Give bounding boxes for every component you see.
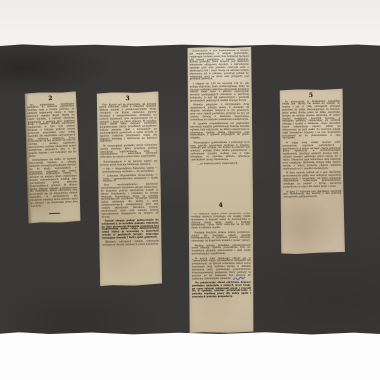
- clipping-3-body: Gen. Kurski rad na stanowisku, jak donos…: [99, 103, 159, 248]
- clipping-4-upper-closing-quote: „…po żniwach pracy rozpoczętych”.: [191, 163, 250, 166]
- clipping-2-paragraph-2: Dowiadujemy się nadto, że komitet obywat…: [29, 158, 78, 208]
- clipping-3-paragraph-4: Przy wyszczególnieniu należności przedst…: [101, 184, 159, 219]
- clipping-4-upper-paragraph-2: I ciągnie na 1.00 ha wynoszą 134 zł., ja…: [190, 83, 249, 104]
- newspaper-clipping-4: Jednocześnie w tym województwie, o który…: [187, 47, 255, 334]
- clipping-5-paragraph-3: W dniu imienin zebrali się u gen. Barski…: [283, 172, 341, 190]
- clipping-3-paragraph-6: Bliższych informacji udziela sekretariat…: [102, 241, 159, 248]
- clipping-4-lower-paragraph-1: W ostatnich latach przed wybuchem wojny …: [191, 213, 250, 231]
- newspaper-clipping-3: 3 Gen. Kurski rad na stanowisku, jak don…: [96, 91, 163, 286]
- clipping-4-lower-paragraph-5-underlined: Na zakończenie obrad odczytano depesze p…: [192, 282, 251, 300]
- clipping-2-paragraph-1: Na zakończenie wiadomości podanych w num…: [27, 103, 76, 159]
- clipping-4-upper-paragraph-1: Jednocześnie w tym województwie, o który…: [190, 50, 249, 82]
- clipping-3-paragraph-5-underlined: Zarząd okręgu podaje jednocześnie do wia…: [102, 219, 159, 240]
- newspaper-clipping-5: 5 Po ukończeniu w Średniowie Lubelskim s…: [279, 89, 345, 255]
- clipping-4-lower-paragraph-2: Siedzibą komitetu obrano miasto powiatow…: [191, 231, 250, 243]
- clipping-5-paragraph-4: W dniu 27 września gen. Barskiego odwied…: [283, 190, 341, 199]
- clipping-4-upper-paragraph-3: Wydatki połączone z utrzymaniem dróg doj…: [190, 104, 249, 122]
- clipping-3-paragraph-2: Po wyczerpaniu porządku obrad uchwalono …: [100, 144, 157, 159]
- clipping-5-paragraph-2: W ciągu swej służby zjednał sobie powsze…: [283, 142, 341, 171]
- blue-ink-annotation-mark: [233, 276, 246, 282]
- newspaper-clipping-2: 2 Na zakończenie wiadomości podanych w n…: [24, 91, 82, 224]
- scan-margin-bottom: [0, 335, 380, 380]
- clipping-3-section-number: 3: [99, 95, 156, 103]
- clipping-4-upper-paragraph-5: Wyczerpujące sprawozdanie z przebiegu ty…: [190, 141, 249, 162]
- article-end-mark: [49, 213, 60, 214]
- clipping-4-upper-article: Jednocześnie w tym województwie, o który…: [190, 50, 251, 201]
- clipping-5-paragraph-1: Po ukończeniu w Średniowie Lubelskim szk…: [282, 100, 341, 141]
- scan-margin-top: [0, 0, 380, 45]
- clipping-3-paragraph-1: Gen. Kurski rad na stanowisku, jak donos…: [99, 103, 157, 144]
- clipping-4-lower-article: W ostatnich latach przed wybuchem wojny …: [191, 213, 251, 331]
- clipping-2-body: Na zakończenie wiadomości podanych w num…: [27, 103, 78, 209]
- clipping-5-body: Po ukończeniu w Średniowie Lubelskim szk…: [282, 100, 341, 199]
- clipping-4-section-number: 4: [191, 203, 250, 210]
- clipping-5-section-number: 5: [282, 92, 340, 99]
- clipping-4-upper-paragraph-4: W sprawie wzmiankowanej już poprzednio p…: [190, 123, 249, 141]
- clipping-4-lower-paragraph-3: Według zeznań świadków przesłuchanych pr…: [192, 244, 251, 256]
